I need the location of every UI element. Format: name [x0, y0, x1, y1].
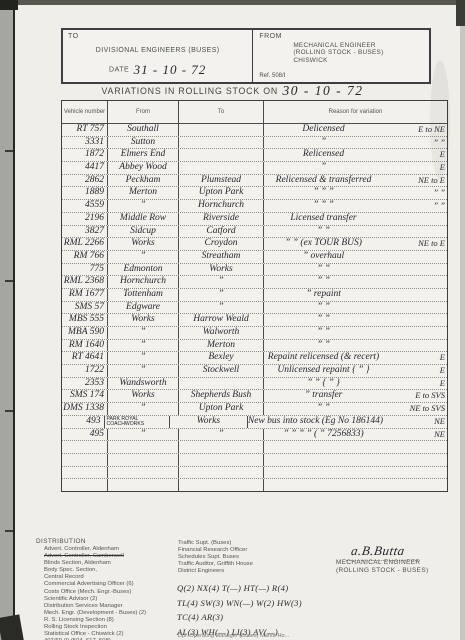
from-cell: Edmonton: [108, 264, 179, 276]
licence-status-code: E: [383, 149, 447, 161]
reason-text: ” ”: [264, 340, 383, 352]
from-cell: [108, 479, 179, 491]
date-label: DATE: [109, 66, 129, 73]
from-cell: ”: [108, 403, 179, 415]
col-header-to: To: [179, 101, 264, 123]
date-value-handwritten: 31 - 10 - 72: [134, 62, 207, 77]
from-cell: [108, 467, 179, 479]
form-title-row: VARIATIONS IN ROLLING STOCK ON 30 - 10 -…: [0, 82, 465, 100]
table-row: 3827SidcupCatford” ”: [62, 226, 447, 239]
table-row: SMS 57Edgware”” ”: [62, 302, 447, 315]
reason-text: ” ”: [264, 302, 383, 314]
table-row: DMS 1338”Upton Park” ”NE to SVS: [62, 403, 447, 416]
licence-status-code: NE: [383, 416, 447, 428]
reason-text: ” ” { ” }: [264, 378, 383, 390]
reason-text: ”: [264, 162, 383, 174]
reason-cell: ” ”: [264, 276, 447, 288]
to-cell: [179, 441, 264, 453]
vehicle-number-cell: [62, 454, 108, 466]
to-cell: Works: [179, 264, 264, 276]
to-cell: Shepherds Bush: [179, 390, 264, 402]
reason-cell: [264, 454, 447, 466]
vehicle-number-cell: SMS 57: [62, 302, 108, 314]
form-title-date-handwritten: 30 - 10 - 72: [282, 83, 363, 98]
table-row: RML 2266WorksCroydon” ” (ex TOUR BUS)NE …: [62, 238, 447, 251]
licence-status-code: E: [383, 365, 447, 377]
reference-number: Ref. 508/I: [259, 73, 285, 79]
from-cell: Elmers End: [108, 149, 179, 161]
vehicle-number-cell: [62, 479, 108, 491]
vehicle-number-cell: RT 757: [62, 124, 108, 136]
vehicle-number-cell: 4559: [62, 200, 108, 212]
licence-status-code: [383, 264, 447, 276]
reason-text: Relicensed & transferred: [264, 175, 383, 187]
vehicle-number-cell: MBS 555: [62, 314, 108, 326]
reason-text: ” ”: [264, 403, 383, 415]
licence-status-code: NE to SVS: [383, 403, 447, 415]
from-cell: ”: [108, 365, 179, 377]
vehicle-number-cell: 2353: [62, 378, 108, 390]
table-header-row: Vehicle number From To Reason for variat…: [62, 101, 447, 124]
from-cell-box: FROM MECHANICAL ENGINEER (ROLLING STOCK …: [253, 30, 429, 82]
reason-cell: DelicensedE to NE: [264, 124, 447, 136]
table-row: 2196Middle RowRiversideLicensed transfer: [62, 213, 447, 226]
reason-text: Delicensed: [264, 124, 383, 136]
to-cell: TO DIVISIONAL ENGINEERS (BUSES) DATE 31 …: [63, 30, 253, 82]
distribution-item: Traffic Auditor, Griffith House: [178, 561, 328, 568]
bottom-cutoff-note: Dpl. Operating Manager (Buses) Manor Ho.…: [178, 633, 289, 639]
reason-text: ” ”: [264, 226, 383, 238]
licence-status-code: NE: [383, 429, 447, 441]
to-cell: Works: [170, 416, 248, 428]
vehicle-number-cell: RM 1640: [62, 340, 108, 352]
vehicle-number-cell: 3827: [62, 226, 108, 238]
scan-tick-mark: [5, 410, 13, 412]
vehicle-number-cell: [62, 467, 108, 479]
table-row: RM 1640”Merton” ”: [62, 340, 447, 353]
scan-tick-mark: [5, 530, 13, 532]
from-cell: Hornchurch: [108, 276, 179, 288]
reason-cell: ” ” ”” ”: [264, 187, 447, 199]
reason-cell: Repaint relicensed (& recert)E: [264, 352, 447, 364]
reason-text: ” ”: [264, 264, 383, 276]
reason-cell: ” overhaul: [264, 251, 447, 263]
reason-text: ” repaint: [264, 289, 383, 301]
table-row: 1872Elmers EndRelicensedE: [62, 149, 447, 162]
reason-text: New bus into stock (Eg No 186144): [248, 416, 383, 428]
to-cell: [179, 162, 264, 174]
table-row: [62, 441, 447, 454]
distribution-item: Advert. Controller, Aldenham: [44, 546, 184, 553]
to-cell: [179, 467, 264, 479]
to-cell: [179, 454, 264, 466]
signatory-title-line-1: MECHANICAL ENGINEER: [336, 559, 420, 566]
from-cell: Peckham: [108, 175, 179, 187]
licence-status-code: [383, 276, 447, 288]
reason-text: [264, 441, 383, 453]
licence-status-code: E: [383, 162, 447, 174]
reason-text: ” ”: [264, 327, 383, 339]
vehicle-number-cell: SMS 174: [62, 390, 108, 402]
to-cell: Catford: [179, 226, 264, 238]
licence-status-code: [383, 289, 447, 301]
vehicle-number-cell: 1889: [62, 187, 108, 199]
reason-text: ” ”: [264, 314, 383, 326]
table-row: MBS 555WorksHarrow Weald” ”: [62, 314, 447, 327]
vehicle-number-cell: 1722: [62, 365, 108, 377]
licence-status-code: E to SVS: [383, 390, 447, 402]
to-cell: Bexley: [179, 352, 264, 364]
reason-text: [264, 479, 383, 491]
to-cell: Merton: [179, 340, 264, 352]
vehicle-number-cell: 4417: [62, 162, 108, 174]
from-cell: ”: [108, 352, 179, 364]
reason-cell: ” transferE to SVS: [264, 390, 447, 402]
reason-cell: Relicensed & transferredNE to E: [264, 175, 447, 187]
from-cell: Tottenham: [108, 289, 179, 301]
distribution-list: Advert. Controller, AldenhamAdvert. Cont…: [44, 546, 184, 640]
vehicle-number-cell: DMS 1338: [62, 403, 108, 415]
distribution-item: Central Record: [44, 574, 184, 581]
scan-corner-mark-top-right: [456, 0, 465, 26]
to-cell: Upton Park: [179, 403, 264, 415]
vehicle-number-cell: 3331: [62, 137, 108, 149]
from-label: FROM: [259, 33, 282, 40]
from-line-3: CHISWICK: [293, 57, 383, 64]
to-cell: Walworth: [179, 327, 264, 339]
to-cell: Streatham: [179, 251, 264, 263]
licence-status-code: [383, 467, 447, 479]
to-cell: ”: [179, 276, 264, 288]
distribution-item: Financial Research Officer: [178, 547, 328, 554]
licence-status-code: [383, 327, 447, 339]
licence-status-code: [383, 226, 447, 238]
scan-tick-mark: [5, 150, 13, 152]
allocation-code-line: Q(2) NX(4) T(—) HT(—) R(4): [177, 581, 357, 596]
reason-cell: ” ”: [264, 302, 447, 314]
distribution-item: Rolling Stock Inspection: [44, 624, 184, 631]
reason-cell: ” repaint: [264, 289, 447, 301]
table-row: [62, 454, 447, 467]
to-cell: [179, 124, 264, 136]
to-cell: Harrow Weald: [179, 314, 264, 326]
from-cell: Abbey Wood: [108, 162, 179, 174]
scan-top-edge: [0, 0, 465, 5]
distribution-item: Distribution Services Manager: [44, 603, 184, 610]
distribution-item: District Engineers: [178, 568, 328, 575]
licence-status-code: [383, 479, 447, 491]
table-row: 3331Sutton”” ”: [62, 137, 447, 150]
distribution-item: Body Spec. Section,: [44, 567, 184, 574]
vehicle-number-cell: RM 1677: [62, 289, 108, 301]
from-cell: [108, 441, 179, 453]
reason-text: ” overhaul: [264, 251, 383, 263]
from-cell: Works: [108, 390, 179, 402]
table-body: RT 757SouthallDelicensedE to NE3331Sutto…: [62, 124, 447, 491]
distribution-list-middle: Traffic Supt. (Buses)Financial Research …: [178, 540, 328, 575]
licence-status-code: [383, 251, 447, 263]
from-cell: Middle Row: [108, 213, 179, 225]
table-row: 493PARK ROYAL COACHWORKSWorksNew bus int…: [62, 416, 447, 429]
table-row: 2353Wandsworth” ” { ” }E: [62, 378, 447, 391]
table-row: SMS 174WorksShepherds Bush” transferE to…: [62, 390, 447, 403]
reason-text: ” ” ”: [264, 200, 383, 212]
licence-status-code: [383, 302, 447, 314]
col-header-vehicle-number: Vehicle number: [62, 101, 108, 123]
from-address: MECHANICAL ENGINEER (ROLLING STOCK - BUS…: [293, 42, 383, 64]
table-row: 775EdmontonWorks” ”: [62, 264, 447, 277]
licence-status-code: ” ”: [383, 137, 447, 149]
to-cell: [179, 149, 264, 161]
vehicle-number-cell: RML 2368: [62, 276, 108, 288]
to-label: TO: [68, 33, 79, 40]
distribution-item: Schedules Supt. Buses: [178, 554, 328, 561]
scanned-form-page: TO DIVISIONAL ENGINEERS (BUSES) DATE 31 …: [0, 0, 465, 640]
table-row: RM 1677Tottenham”” repaint: [62, 289, 447, 302]
distribution-item: Mech. Engr. (Development - Buses) (2): [44, 610, 184, 617]
table-row: RT 4641”BexleyRepaint relicensed (& rece…: [62, 352, 447, 365]
vehicle-number-cell: RML 2266: [62, 238, 108, 250]
reason-text: [264, 454, 383, 466]
from-cell: PARK ROYAL COACHWORKS: [105, 416, 170, 428]
from-cell: Works: [108, 238, 179, 250]
reason-cell: Licensed transfer: [264, 213, 447, 225]
to-cell: Upton Park: [179, 187, 264, 199]
reason-cell: [264, 467, 447, 479]
table-row: RM 766”Streatham” overhaul: [62, 251, 447, 264]
vehicle-number-cell: 775: [62, 264, 108, 276]
to-cell: [179, 479, 264, 491]
from-cell: Sutton: [108, 137, 179, 149]
distribution-title: DISTRIBUTION: [36, 538, 86, 545]
from-cell: Sidcup: [108, 226, 179, 238]
to-cell: Stockwell: [179, 365, 264, 377]
col-header-reason: Reason for variation: [264, 101, 447, 123]
to-cell: Plumstead: [179, 175, 264, 187]
reason-cell: ” ”: [264, 226, 447, 238]
to-cell: Croydon: [179, 238, 264, 250]
distribution-item: Scientific Advisor (2): [44, 596, 184, 603]
table-row: 495””” ” ” ” ( ” 7256833)NE: [62, 429, 447, 442]
licence-status-code: E to NE: [383, 124, 447, 136]
scan-tick-mark: [5, 280, 13, 282]
distribution-item: Commercial Advertising Officer (6): [44, 581, 184, 588]
reason-cell: Unlicensed repaint { ” }E: [264, 365, 447, 377]
from-cell: ”: [108, 200, 179, 212]
vehicle-number-cell: 2862: [62, 175, 108, 187]
variations-table: Vehicle number From To Reason for variat…: [61, 100, 448, 492]
reason-cell: ” ”: [264, 314, 447, 326]
reason-text: [264, 467, 383, 479]
reason-text: Relicensed: [264, 149, 383, 161]
scan-corner-mark-top-left: [0, 0, 18, 10]
allocation-code-line: TL(4) SW(3) WN(—) W(2) HW(3): [177, 596, 357, 611]
distribution-item: R. S. Licensing Section (8): [44, 617, 184, 624]
from-cell: [108, 454, 179, 466]
to-cell: Hornchurch: [179, 200, 264, 212]
vehicle-number-cell: MBA 590: [62, 327, 108, 339]
from-cell: Wandsworth: [108, 378, 179, 390]
reason-cell: ” ”: [264, 264, 447, 276]
table-row: 4417Abbey Wood”E: [62, 162, 447, 175]
reason-cell: ” ” (ex TOUR BUS)NE to E: [264, 238, 447, 250]
table-row: 1722”StockwellUnlicensed repaint { ” }E: [62, 365, 447, 378]
vehicle-number-cell: RM 766: [62, 251, 108, 263]
to-cell: [179, 378, 264, 390]
reason-cell: ” ” ” ” ( ” 7256833)NE: [264, 429, 447, 441]
date-row: DATE 31 - 10 - 72: [63, 61, 252, 79]
licence-status-code: E: [383, 378, 447, 390]
from-cell: Works: [108, 314, 179, 326]
from-cell: ”: [108, 327, 179, 339]
licence-status-code: [383, 454, 447, 466]
col-header-from: From: [108, 101, 179, 123]
from-cell: Merton: [108, 187, 179, 199]
from-cell: Southall: [108, 124, 179, 136]
licence-status-code: [383, 314, 447, 326]
reason-text: ” ” ”: [264, 187, 383, 199]
allocation-code-line: TC(4) AR(3): [177, 610, 357, 625]
from-cell: ”: [108, 251, 179, 263]
table-row: 2862PeckhamPlumsteadRelicensed & transfe…: [62, 175, 447, 188]
table-row: [62, 479, 447, 491]
licence-status-code: E: [383, 352, 447, 364]
to-value: DIVISIONAL ENGINEERS (BUSES): [63, 47, 252, 54]
from-cell: Edgware: [108, 302, 179, 314]
from-cell: ”: [108, 340, 179, 352]
to-cell: ”: [179, 302, 264, 314]
reason-text: ” ” (ex TOUR BUS): [264, 238, 383, 250]
reason-text: Licensed transfer: [264, 213, 383, 225]
table-row: MBA 590”Walworth” ”: [62, 327, 447, 340]
licence-status-code: ” ”: [383, 187, 447, 199]
reason-cell: New bus into stock (Eg No 186144)NE: [248, 416, 447, 428]
reason-cell: RelicensedE: [264, 149, 447, 161]
form-title: VARIATIONS IN ROLLING STOCK ON: [102, 86, 279, 96]
reason-text: ” ”: [264, 276, 383, 288]
reason-text: Repaint relicensed (& recert): [264, 352, 383, 364]
from-cell: ”: [108, 429, 179, 441]
vehicle-number-cell: 495: [62, 429, 108, 441]
from-line-2: (ROLLING STOCK - BUSES): [293, 49, 383, 56]
table-row: 4559”Hornchurch” ” ”” ”: [62, 200, 447, 213]
licence-status-code: [383, 340, 447, 352]
reason-cell: ” ”: [264, 327, 447, 339]
licence-status-code: [383, 213, 447, 225]
licence-status-code: ” ”: [383, 200, 447, 212]
table-row: [62, 467, 447, 480]
to-cell: [179, 137, 264, 149]
distribution-item: Advert. Controller, Camberwell: [44, 553, 184, 560]
reason-cell: ” ”: [264, 340, 447, 352]
table-row: RML 2368Hornchurch”” ”: [62, 276, 447, 289]
distribution-item: Statistical Office - Chiswick (2): [44, 631, 184, 638]
licence-status-code: [383, 441, 447, 453]
scan-corner-mark-bottom-left: [0, 614, 24, 640]
reason-cell: ” ” ”” ”: [264, 200, 447, 212]
reason-text: ” transfer: [264, 390, 383, 402]
reason-cell: [264, 441, 447, 453]
to-cell: Riverside: [179, 213, 264, 225]
vehicle-number-cell: [62, 441, 108, 453]
reason-cell: ”” ”: [264, 137, 447, 149]
reason-cell: ”E: [264, 162, 447, 174]
address-box: TO DIVISIONAL ENGINEERS (BUSES) DATE 31 …: [61, 28, 431, 84]
to-cell: ”: [179, 289, 264, 301]
vehicle-number-cell: 1872: [62, 149, 108, 161]
reason-text: ”: [264, 137, 383, 149]
vehicle-number-cell: 2196: [62, 213, 108, 225]
distribution-item: Blinds Section, Aldenham: [44, 560, 184, 567]
distribution-item: Costs Office (Mech. Engr.-Buses): [44, 589, 184, 596]
licence-status-code: NE to E: [383, 238, 447, 250]
reason-text: Unlicensed repaint { ” }: [264, 365, 383, 377]
licence-status-code: NE to E: [383, 175, 447, 187]
to-cell: ”: [179, 429, 264, 441]
signatory-title-line-2: (ROLLING STOCK - BUSES): [336, 567, 429, 574]
from-line-1: MECHANICAL ENGINEER: [293, 42, 383, 49]
reason-text: ” ” ” ” ( ” 7256833): [264, 429, 383, 441]
reason-cell: ” ” { ” }E: [264, 378, 447, 390]
table-row: 1889MertonUpton Park” ” ”” ”: [62, 187, 447, 200]
distribution-item: Traffic Supt. (Buses): [178, 540, 328, 547]
reason-cell: [264, 479, 447, 491]
reason-cell: ” ”NE to SVS: [264, 403, 447, 415]
vehicle-number-cell: 493: [62, 416, 105, 428]
table-row: RT 757SouthallDelicensedE to NE: [62, 124, 447, 137]
vehicle-number-cell: RT 4641: [62, 352, 108, 364]
allocation-codes-handwritten: Q(2) NX(4) T(—) HT(—) R(4)TL(4) SW(3) WN…: [177, 581, 357, 639]
